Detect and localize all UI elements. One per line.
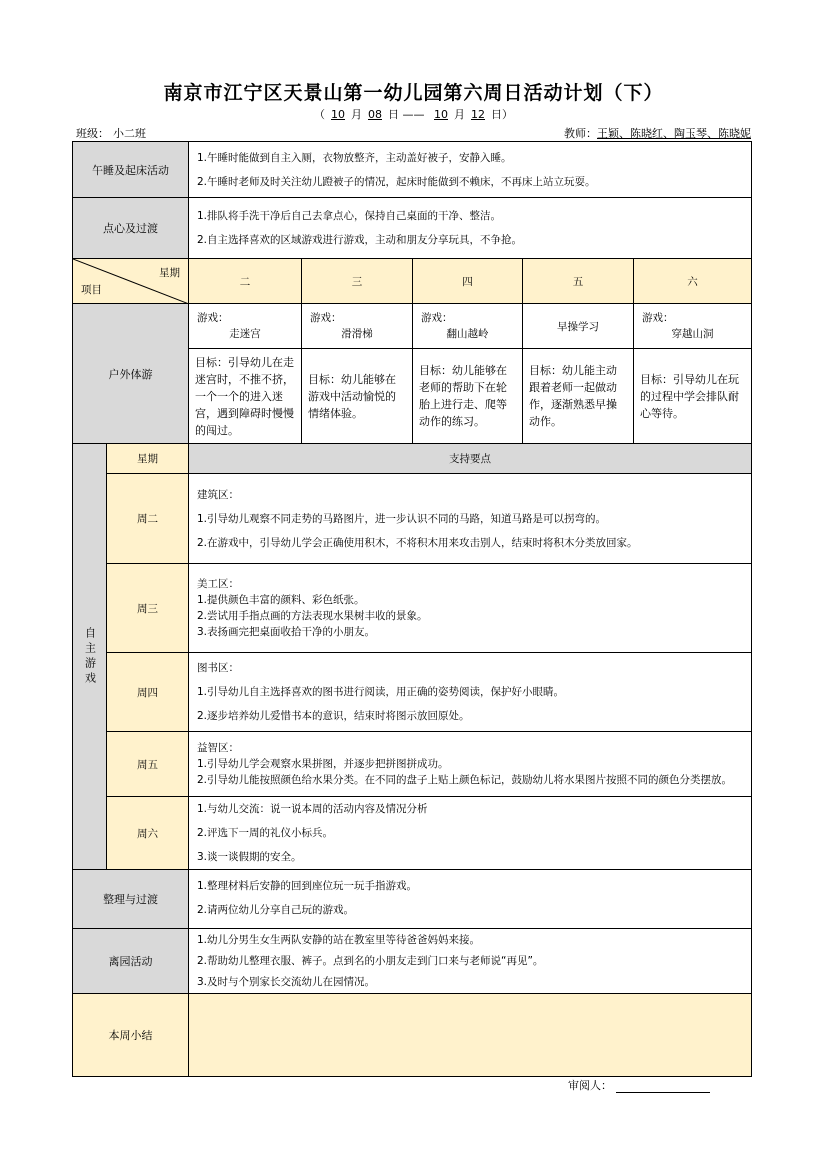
free-play-row: 周二 建筑区： 1.引导幼儿观察不同走势的马路图片，进一步认识不同的马路，知道马… <box>73 474 752 564</box>
free-play-day-header: 星期 <box>107 444 189 474</box>
end-month: 10 <box>428 108 454 121</box>
content-line: 2.尝试用手指点画的方法表现水果树丰收的景象。 <box>197 608 743 624</box>
free-play-row: 周三 美工区： 1.提供颜色丰富的颜料、彩色纸张。 2.尝试用手指点画的方法表现… <box>73 564 752 653</box>
goal-cell: 目标：引导幼儿在玩的过程中学会排队耐心等待。 <box>634 349 752 444</box>
outdoor-games-row: 户外体游 游戏： 走迷宫 游戏： 滑滑梯 游戏： 翻山越岭 早操学习 游戏： 穿… <box>73 304 752 349</box>
content-line: 2.引导幼儿能按照颜色给水果分类。在不同的盘子上贴上颜色标记，鼓励幼儿将水果图片… <box>197 772 743 788</box>
leave-item: 1.幼儿分男生女生两队安静的站在教室里等待爸爸妈妈来接。 <box>197 930 743 951</box>
day-header: 三 <box>302 259 413 304</box>
nap-content: 1.午睡时能做到自主入厕，衣物放整齐，主动盖好被子，安静入睡。 2.午睡时老师及… <box>189 142 752 198</box>
game-name: 走迷宫 <box>197 326 293 342</box>
month-char: 月 <box>454 108 465 121</box>
reviewer-line: 审阅人： <box>568 1077 710 1093</box>
tidy-content: 1.整理材料后安静的回到座位玩一玩手指游戏。 2.请两位幼儿分享自己玩的游戏。 <box>189 870 752 929</box>
date-close: 日） <box>491 108 513 121</box>
content-line: 3.表扬画完把桌面收拾干净的小朋友。 <box>197 624 743 640</box>
support-points-header: 支持要点 <box>189 444 752 474</box>
game-prefix: 游戏： <box>421 310 514 326</box>
reviewer-field[interactable] <box>616 1080 710 1093</box>
goal-cell: 目标：幼儿能主动跟着老师一起做动作，逐渐熟悉早操动作。 <box>523 349 634 444</box>
start-month: 10 <box>325 108 351 121</box>
start-day: 08 <box>362 108 388 121</box>
content-line: 1.提供颜色丰富的颜料、彩色纸张。 <box>197 592 743 608</box>
snack-label: 点心及过渡 <box>73 198 189 259</box>
free-play-content: 益智区： 1.引导幼儿学会观察水果拼图，并逐步把拼图拼成功。 2.引导幼儿能按照… <box>189 732 752 797</box>
tidy-item: 2.请两位幼儿分享自己玩的游戏。 <box>197 898 743 922</box>
goal-cell: 目标：幼儿能够在游戏中活动愉悦的情绪体验。 <box>302 349 413 444</box>
tidy-label: 整理与过渡 <box>73 870 189 929</box>
content-line: 建筑区： <box>197 483 743 507</box>
date-range: （10月08日 —— 10月12日） <box>0 106 827 122</box>
free-play-content: 建筑区： 1.引导幼儿观察不同走势的马路图片，进一步认识不同的马路，知道马路是可… <box>189 474 752 564</box>
content-line: 1.引导幼儿观察不同走势的马路图片，进一步认识不同的马路，知道马路是可以拐弯的。 <box>197 507 743 531</box>
leave-row: 离园活动 1.幼儿分男生女生两队安静的站在教室里等待爸爸妈妈来接。 2.帮助幼儿… <box>73 929 752 994</box>
game-cell: 游戏： 滑滑梯 <box>302 304 413 349</box>
game-name: 早操学习 <box>531 319 625 334</box>
free-play-row: 周五 益智区： 1.引导幼儿学会观察水果拼图，并逐步把拼图拼成功。 2.引导幼儿… <box>73 732 752 797</box>
diagonal-header-cell: 星期 项目 <box>73 259 189 304</box>
teacher-line: 教师：王颖、陈晓红、陶玉琴、陈晓妮 <box>564 125 751 141</box>
day-label: 星期 <box>159 265 180 280</box>
free-play-day: 周五 <box>107 732 189 797</box>
week-header-row: 星期 项目 二 三 四 五 六 <box>73 259 752 304</box>
nap-row: 午睡及起床活动 1.午睡时能做到自主入厕，衣物放整齐，主动盖好被子，安静入睡。 … <box>73 142 752 198</box>
content-line: 图书区： <box>197 656 743 680</box>
game-cell: 早操学习 <box>523 304 634 349</box>
free-play-row: 周六 1.与幼儿交流：说一说本周的活动内容及情况分析 2.评选下一周的礼仪小标兵… <box>73 797 752 870</box>
game-cell: 游戏： 翻山越岭 <box>413 304 523 349</box>
content-line: 2.在游戏中，引导幼儿学会正确使用积木，不将积木用来攻击别人，结束时将积木分类放… <box>197 531 743 555</box>
day-char: 日 <box>388 108 399 121</box>
class-line: 班级：小二班 <box>76 125 193 142</box>
game-prefix: 游戏： <box>310 310 404 326</box>
game-name: 穿越山洞 <box>642 326 743 342</box>
free-play-label: 自主游戏 <box>73 444 107 870</box>
content-line: 3.谈一谈假期的安全。 <box>197 845 743 869</box>
game-name: 滑滑梯 <box>310 326 404 342</box>
game-prefix: 游戏： <box>197 310 293 326</box>
snack-content: 1.排队将手洗干净后自己去拿点心，保持自己桌面的干净、整洁。 2.自主选择喜欢的… <box>189 198 752 259</box>
goal-cell: 目标：引导幼儿在走迷宫时，不推不挤，一个一个的进入迷宫，遇到障碍时慢慢的闯过。 <box>189 349 302 444</box>
outdoor-label: 户外体游 <box>73 304 189 444</box>
teacher-label: 教师： <box>564 127 597 140</box>
free-play-header-row: 自主游戏 星期 支持要点 <box>73 444 752 474</box>
day-header: 四 <box>413 259 523 304</box>
free-play-day: 周二 <box>107 474 189 564</box>
day-header: 六 <box>634 259 752 304</box>
leave-content: 1.幼儿分男生女生两队安静的站在教室里等待爸爸妈妈来接。 2.帮助幼儿整理衣服、… <box>189 929 752 994</box>
summary-label: 本周小结 <box>73 994 189 1077</box>
snack-item: 1.排队将手洗干净后自己去拿点心，保持自己桌面的干净、整洁。 <box>197 204 743 228</box>
activity-plan-table: 午睡及起床活动 1.午睡时能做到自主入厕，衣物放整齐，主动盖好被子，安静入睡。 … <box>72 141 752 1077</box>
nap-label: 午睡及起床活动 <box>73 142 189 198</box>
day-header: 五 <box>523 259 634 304</box>
nap-item: 2.午睡时老师及时关注幼儿蹬被子的情况，起床时能做到不赖床，不再床上站立玩耍。 <box>197 170 743 194</box>
leave-item: 3.及时与个别家长交流幼儿在园情况。 <box>197 972 743 993</box>
nap-item: 1.午睡时能做到自主入厕，衣物放整齐，主动盖好被子，安静入睡。 <box>197 146 743 170</box>
free-play-content: 美工区： 1.提供颜色丰富的颜料、彩色纸张。 2.尝试用手指点画的方法表现水果树… <box>189 564 752 653</box>
free-play-day: 周四 <box>107 653 189 732</box>
day-header: 二 <box>189 259 302 304</box>
reviewer-label: 审阅人： <box>568 1079 612 1092</box>
month-char: 月 <box>351 108 362 121</box>
game-prefix: 游戏： <box>642 310 743 326</box>
item-label: 项目 <box>81 282 102 297</box>
content-line: 2.评选下一周的礼仪小标兵。 <box>197 821 743 845</box>
content-line: 益智区： <box>197 740 743 756</box>
date-dash: —— <box>403 108 425 121</box>
game-name: 翻山越岭 <box>421 326 514 342</box>
free-play-day: 周六 <box>107 797 189 870</box>
game-cell: 游戏： 走迷宫 <box>189 304 302 349</box>
summary-row: 本周小结 <box>73 994 752 1077</box>
content-line: 1.与幼儿交流：说一说本周的活动内容及情况分析 <box>197 797 743 821</box>
date-open: （ <box>314 108 325 121</box>
goal-cell: 目标：幼儿能够在老师的帮助下在轮胎上进行走、爬等动作的练习。 <box>413 349 523 444</box>
free-play-content: 1.与幼儿交流：说一说本周的活动内容及情况分析 2.评选下一周的礼仪小标兵。 3… <box>189 797 752 870</box>
snack-row: 点心及过渡 1.排队将手洗干净后自己去拿点心，保持自己桌面的干净、整洁。 2.自… <box>73 198 752 259</box>
end-day: 12 <box>465 108 491 121</box>
teacher-value: 王颖、陈晓红、陶玉琴、陈晓妮 <box>597 127 751 140</box>
leave-item: 2.帮助幼儿整理衣服、裤子。点到名的小朋友走到门口来与老师说“再见”。 <box>197 951 743 972</box>
free-play-day: 周三 <box>107 564 189 653</box>
page-title: 南京市江宁区天景山第一幼儿园第六周日活动计划（下） <box>0 78 827 105</box>
free-play-row: 周四 图书区： 1.引导幼儿自主选择喜欢的图书进行阅读，用正确的姿势阅读，保护好… <box>73 653 752 732</box>
tidy-item: 1.整理材料后安静的回到座位玩一玩手指游戏。 <box>197 874 743 898</box>
leave-label: 离园活动 <box>73 929 189 994</box>
content-line: 2.逐步培养幼儿爱惜书本的意识，结束时将图示放回原处。 <box>197 704 743 728</box>
content-line: 1.引导幼儿学会观察水果拼图，并逐步把拼图拼成功。 <box>197 756 743 772</box>
class-value: 小二班 <box>109 125 193 142</box>
free-play-content: 图书区： 1.引导幼儿自主选择喜欢的图书进行阅读，用正确的姿势阅读，保护好小眼睛… <box>189 653 752 732</box>
tidy-row: 整理与过渡 1.整理材料后安静的回到座位玩一玩手指游戏。 2.请两位幼儿分享自己… <box>73 870 752 929</box>
content-line: 美工区： <box>197 576 743 592</box>
content-line: 1.引导幼儿自主选择喜欢的图书进行阅读，用正确的姿势阅读，保护好小眼睛。 <box>197 680 743 704</box>
class-label: 班级： <box>76 127 109 140</box>
summary-content[interactable] <box>189 994 752 1077</box>
snack-item: 2.自主选择喜欢的区域游戏进行游戏，主动和朋友分享玩具，不争抢。 <box>197 228 743 252</box>
game-cell: 游戏： 穿越山洞 <box>634 304 752 349</box>
